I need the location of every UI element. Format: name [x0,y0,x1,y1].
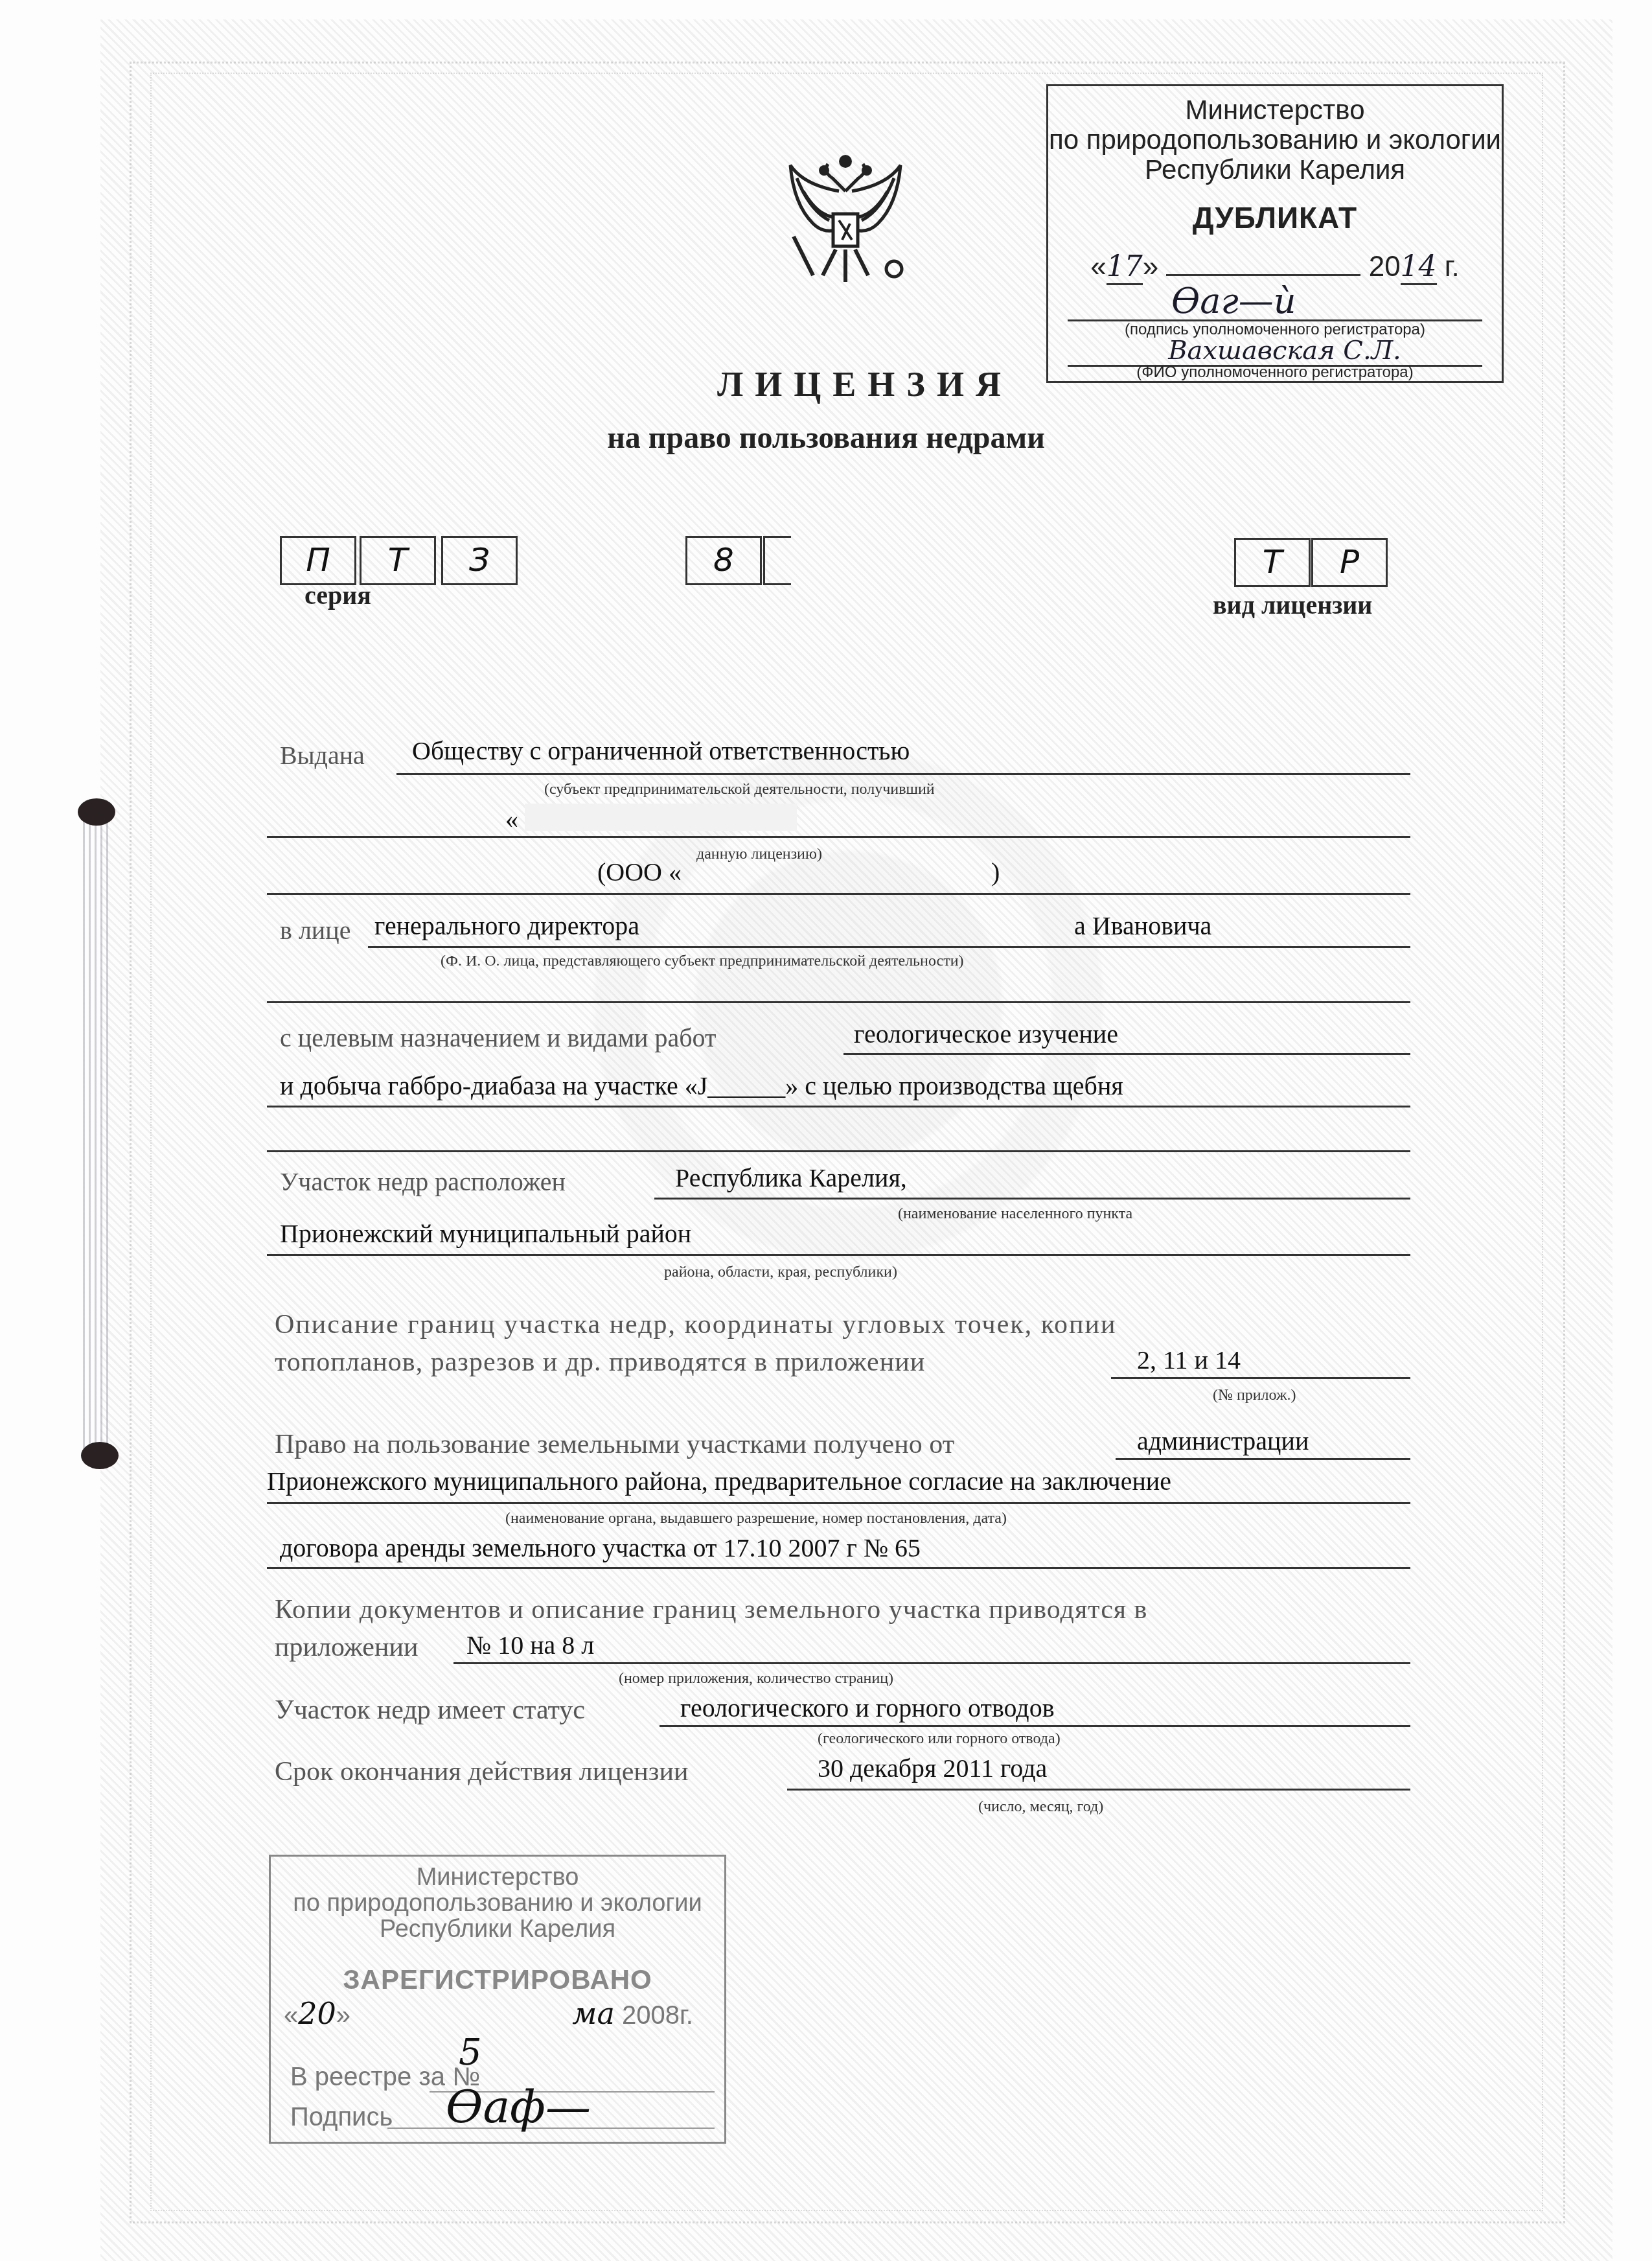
duplicate-title: ДУБЛИКАТ [1048,200,1502,235]
boundaries-value: 2, 11 и 14 [1137,1345,1241,1375]
company-short-close: ) [991,857,1000,887]
license-page: Министерство по природопользованию и эко… [0,0,1652,2261]
page-title: ЛИЦЕНЗИЯ [0,364,1652,404]
stamp-ministry: Министерство [1048,95,1502,125]
series-label: серия [304,580,371,610]
land-rights-hint: (наименование органа, выдавшего разрешен… [505,1510,1007,1527]
double-headed-eagle-emblem-icon [777,152,913,292]
copies-hint: (номер приложения, количество страниц) [619,1670,893,1687]
expiry-value: 30 декабря 2011 года [818,1753,1047,1783]
registrar-name: Вахшавская С.Л. [1074,336,1495,365]
type-box-1: Т [1234,538,1311,587]
binding-thread [83,804,111,1452]
reg-stamp-ministry: Министерство [271,1864,724,1890]
purpose-value-1: геологическое изучение [854,1019,1118,1049]
location-label: Участок недр расположен [280,1166,566,1197]
license-type-label: вид лицензии [1213,590,1372,620]
company-name-quote: « [505,804,518,834]
represented-by-label: в лице [280,915,350,945]
registration-stamp: Министерство по природопользованию и эко… [269,1855,726,2144]
location-hint-2: района, области, края, республики) [664,1264,897,1281]
number-box-1: 8 [685,536,762,585]
boundaries-hint: (№ прилож.) [1213,1387,1296,1404]
status-value: геологического и горного отводов [680,1693,1055,1723]
stamp-ministry-line2: по природопользованию и экологии [1048,125,1502,155]
series-box-3: З [441,536,518,585]
expiry-label: Срок окончания действия лицензии [275,1756,688,1787]
status-hint: (геологического или горного отвода) [818,1730,1061,1748]
company-short-name: (ООО « [597,857,682,887]
location-value-2: Прионежский муниципальный район [280,1218,691,1249]
issued-to-value: Обществу с ограниченной ответственностью [412,736,910,766]
land-rights-value-2: Прионежского муниципального района, пред… [267,1466,1171,1496]
land-rights-value-1: администрации [1137,1426,1309,1456]
land-rights-value-3: договора аренды земельного участка от 17… [280,1533,921,1563]
copies-label: приложении [275,1632,418,1663]
copies-text-1: Копии документов и описание границ земел… [275,1594,1147,1625]
type-box-2: Р [1311,538,1388,587]
represented-by-value: генерального директора [374,910,639,941]
issued-to-hint: (субъект предпринимательской деятельност… [544,781,935,798]
issued-to-hint2: данную лицензию) [696,846,822,863]
land-rights-label: Право на пользование земельными участкам… [275,1429,954,1460]
signature-label: Подпись [290,2103,393,2132]
purpose-value-2: и добыча габбро-диабаза на участке «J___… [280,1071,1123,1101]
registration-signature: Ѳаф— [446,2080,591,2133]
reg-stamp-ministry-line2: по природопользованию и экологии [271,1890,724,1916]
location-hint-1: (наименование населенного пункта [898,1205,1132,1223]
copies-value: № 10 на 8 л [466,1630,594,1660]
purpose-label: с целевым назначением и видами работ [280,1023,717,1053]
page-subtitle: на право пользования недрами [0,420,1652,456]
series-box-1: П [280,536,356,585]
boundaries-text-1: Описание границ участка недр, координаты… [275,1309,1116,1340]
registered-title: ЗАРЕГИСТРИРОВАНО [271,1964,724,1995]
registration-date: «20» ма 2008г. [284,1996,693,2031]
series-box-2: Т [360,536,436,585]
binding-hole-icon [81,1442,119,1469]
redacted-company-name [525,804,797,831]
binding-hole-icon [78,798,115,826]
expiry-hint: (число, месяц, год) [978,1798,1103,1816]
stamp-ministry-line3: Республики Карелия [1048,155,1502,185]
duplicate-date: «17» 2014 г. [1048,252,1502,282]
issued-to-label: Выдана [280,740,365,771]
location-value-1: Республика Карелия, [675,1163,907,1193]
status-label: Участок недр имеет статус [275,1695,585,1726]
boundaries-text-2: топопланов, разрезов и др. приводятся в … [275,1347,925,1378]
represented-by-value-tail: а Ивановича [1074,910,1211,941]
signature: Ѳаг—ѝ [1171,281,1296,321]
represented-by-hint: (Ф. И. О. лица, представляющего субъект … [441,953,963,970]
duplicate-stamp: Министерство по природопользованию и эко… [1046,84,1504,383]
number-box-2 [763,536,791,585]
reg-stamp-ministry-line3: Республики Карелия [271,1916,724,1942]
